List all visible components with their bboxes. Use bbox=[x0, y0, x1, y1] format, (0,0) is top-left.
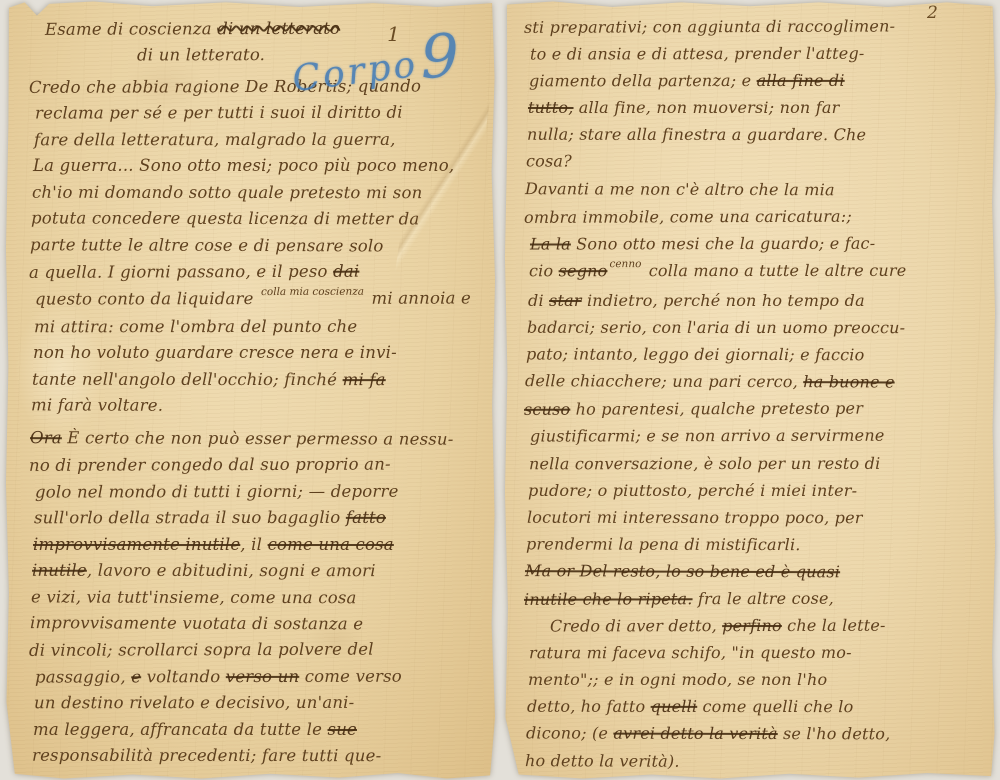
manuscript-line: golo nel mondo di tutti i giorni; — depo… bbox=[35, 478, 492, 506]
manuscript-line: Credo di aver detto, perfino che la lett… bbox=[550, 612, 990, 640]
manuscript-text: , lavoro e abitudini, sogni e amori bbox=[87, 561, 376, 580]
manuscript-text: fare della letteratura, malgrado la guer… bbox=[34, 130, 396, 149]
manuscript-line: tante nell'angolo dell'occhio; finché mi… bbox=[32, 367, 492, 394]
manuscript-text: di vincoli; scrollarci sopra la polvere … bbox=[29, 640, 374, 660]
manuscript-line: di vincoli; scrollarci sopra la polvere … bbox=[29, 637, 492, 665]
manuscript-line: ma leggera, affrancata da tutte le sue bbox=[33, 717, 492, 743]
manuscript-text: come verso bbox=[299, 667, 402, 686]
manuscript-line: mi farà voltare. bbox=[31, 393, 492, 421]
manuscript-text: colla mano a tutte le altre cure bbox=[643, 261, 906, 280]
manuscript-line: cio segnocenno colla mano a tutte le alt… bbox=[529, 257, 990, 288]
manuscript-line: locutori mi interessano troppo poco, per bbox=[527, 503, 990, 531]
inserted-text: cenno bbox=[609, 251, 641, 278]
struck-text: alla fine di bbox=[757, 71, 845, 90]
manuscript-text: ch'io mi domando sotto quale pretesto mi… bbox=[32, 182, 422, 201]
manuscript-line: ch'io mi domando sotto quale pretesto mi… bbox=[32, 179, 492, 206]
manuscript-line: sull'orlo della strada il suo bagaglio f… bbox=[34, 505, 492, 532]
manuscript-line: mi attira: come l'ombra del punto che bbox=[34, 314, 492, 341]
manuscript-text: badarci; serio, con l'aria di un uomo pr… bbox=[527, 318, 905, 337]
manuscript-text: mi farà voltare. bbox=[31, 396, 163, 415]
struck-text: mi fa bbox=[343, 370, 386, 389]
manuscript-text: to e di ansia e di attesa, prender l'att… bbox=[530, 44, 865, 64]
manuscript-text: sti preparativi; con aggiunta di raccogl… bbox=[524, 16, 895, 36]
manuscript-line: prendermi la pena di mistificarli. bbox=[526, 530, 990, 558]
inserted-text: colla mia coscienza bbox=[261, 278, 364, 305]
manuscript-page-1: 1 Corpo9 Esame di coscienza di un letter… bbox=[5, 0, 496, 780]
manuscript-text: questo conto da liquidare bbox=[35, 289, 259, 309]
manuscript-line: non ho voluto guardare cresce nera e inv… bbox=[33, 340, 492, 366]
manuscript-line: delle chiacchere; una pari cerco, ha buo… bbox=[525, 367, 990, 396]
manuscript-text: nella conversazione, è solo per un resto… bbox=[529, 453, 880, 472]
manuscript-text: locutori mi interessano troppo poco, per bbox=[527, 507, 863, 526]
manuscript-line: questo conto da liquidare colla mia cosc… bbox=[35, 285, 492, 315]
manuscript-line: pato; intanto, leggo dei giornali; e fac… bbox=[526, 341, 990, 369]
manuscript-text: non ho voluto guardare cresce nera e inv… bbox=[33, 343, 397, 362]
manuscript-text: ratura mi faceva schifo, "in questo mo- bbox=[529, 643, 852, 662]
manuscript-text: Credo di aver detto, bbox=[550, 616, 722, 635]
manuscript-text: Davanti a me non c'è altro che la mia bbox=[525, 179, 835, 199]
manuscript-text: giamento della partenza; e bbox=[529, 71, 757, 90]
manuscript-line: inutile, lavoro e abitudini, sogni e amo… bbox=[32, 558, 492, 585]
page-2-text: sti preparativi; con aggiunta di raccogl… bbox=[504, 0, 996, 775]
manuscript-text: mi annoia e bbox=[366, 288, 471, 307]
manuscript-text: , il bbox=[240, 535, 267, 554]
manuscript-line: mento";; e in ogni modo, se non l'ho bbox=[528, 666, 990, 693]
manuscript-text: se l'ho detto, bbox=[778, 724, 891, 743]
manuscript-text: alla fine, non muoversi; non far bbox=[574, 98, 840, 117]
manuscript-text: ombra immobile, come una caricatura:; bbox=[524, 206, 852, 226]
struck-text: scuso bbox=[524, 400, 570, 419]
manuscript-line: ombra immobile, come una caricatura:; bbox=[524, 202, 990, 231]
manuscript-text: indietro, perché non ho tempo da bbox=[582, 291, 865, 310]
manuscript-text: fra le altre cose, bbox=[693, 589, 834, 609]
manuscript-text: e vizi, via tutt'insieme, come una cosa bbox=[31, 587, 357, 607]
page-1-wrapper: 1 Corpo9 Esame di coscienza di un letter… bbox=[5, 0, 496, 780]
manuscript-line: un destino rivelato e decisivo, un'ani- bbox=[34, 690, 492, 717]
manuscript-text: un destino rivelato e decisivo, un'ani- bbox=[34, 693, 354, 712]
struck-text: perfino bbox=[722, 616, 782, 635]
manuscript-line: nulla; stare alla finestra a guardare. C… bbox=[527, 121, 990, 149]
manuscript-text: ho detto la verità). bbox=[525, 751, 680, 771]
struck-text: Ma or Del resto, lo so bene ed è quasi bbox=[525, 561, 840, 581]
manuscript-line: reclama per sé e per tutti i suoi il dir… bbox=[35, 100, 492, 128]
manuscript-text: dicono; (e bbox=[526, 724, 613, 743]
manuscript-text: reclama per sé e per tutti i suoi il dir… bbox=[35, 103, 403, 123]
manuscript-line: detto, ho fatto quelli come quelli che l… bbox=[527, 693, 990, 721]
manuscript-text: no di prender congedo dal suo proprio an… bbox=[29, 455, 391, 475]
manuscript-text: ho parentesi, qualche pretesto per bbox=[570, 399, 863, 419]
struck-text: quelli bbox=[651, 697, 698, 716]
manuscript-text: che la lette- bbox=[782, 616, 886, 635]
blue-annotation-word: Corpo bbox=[290, 44, 420, 100]
struck-text: Ora bbox=[30, 428, 62, 447]
manuscript-text: sull'orlo della strada il suo bagaglio bbox=[34, 508, 346, 527]
struck-text: star bbox=[549, 291, 582, 310]
manuscript-text: mento";; e in ogni modo, se non l'ho bbox=[528, 670, 827, 689]
manuscript-line: dicono; (e avrei detto la verità se l'ho… bbox=[526, 720, 990, 748]
manuscript-text: di un letterato. bbox=[137, 46, 265, 65]
manuscript-text: voltando bbox=[141, 667, 226, 686]
page-2-wrapper: 2 sti preparativi; con aggiunta di racco… bbox=[504, 0, 996, 780]
manuscript-line: badarci; serio, con l'aria di un uomo pr… bbox=[527, 314, 990, 342]
manuscript-text: pato; intanto, leggo dei giornali; e fac… bbox=[526, 345, 864, 365]
manuscript-line: to e di ansia e di attesa, prender l'att… bbox=[530, 40, 990, 68]
manuscript-text: cio bbox=[529, 261, 559, 280]
manuscript-text: golo nel mondo di tutti i giorni; — depo… bbox=[35, 481, 399, 501]
manuscript-line: improvvisamente vuotata di sostanza e bbox=[30, 610, 492, 638]
manuscript-line: La la Sono otto mesi che la guardo; e fa… bbox=[530, 229, 990, 257]
struck-text: avrei detto la verità bbox=[613, 724, 777, 743]
struck-text: verso un bbox=[226, 667, 300, 686]
manuscript-text: parte tutte le altre cose e di pensare s… bbox=[30, 235, 384, 255]
manuscript-text: di bbox=[528, 291, 549, 310]
manuscript-text: cosa? bbox=[526, 152, 572, 171]
struck-text: come una cosa bbox=[268, 535, 394, 554]
manuscript-line: nella conversazione, è solo per un resto… bbox=[529, 449, 990, 477]
manuscript-line: passaggio, e voltando verso un come vers… bbox=[35, 663, 492, 691]
manuscript-text: improvvisamente vuotata di sostanza e bbox=[30, 613, 363, 633]
manuscript-text: La guerra... Sono otto mesi; poco più po… bbox=[33, 156, 454, 175]
manuscript-text: delle chiacchere; una pari cerco, bbox=[525, 371, 803, 391]
manuscript-text: tante nell'angolo dell'occhio; finché bbox=[32, 370, 343, 389]
manuscript-line: ratura mi faceva schifo, "in questo mo- bbox=[529, 639, 990, 667]
manuscript-line: cosa? bbox=[526, 148, 990, 176]
manuscript-line: Ma or Del resto, lo so bene ed è quasi bbox=[525, 557, 990, 586]
manuscript-line: giustificarmi; e se non arrivo a servirm… bbox=[530, 422, 990, 450]
page-number-2: 2 bbox=[927, 3, 938, 23]
struck-text: ha buone e bbox=[803, 372, 895, 391]
manuscript-line: pudore; o piuttosto, perché i miei inter… bbox=[528, 477, 990, 504]
manuscript-text: come quelli che lo bbox=[697, 697, 853, 716]
manuscript-line: fare della letteratura, malgrado la guer… bbox=[34, 127, 492, 154]
manuscript-text: nulla; stare alla finestra a guardare. C… bbox=[527, 125, 866, 144]
manuscript-line: potuta concedere questa licenza di mette… bbox=[31, 206, 492, 234]
struck-text: La la bbox=[530, 234, 571, 253]
manuscript-text: responsabilità precedenti; fare tutti qu… bbox=[32, 746, 381, 765]
manuscript-text: ma leggera, affrancata da tutte le bbox=[33, 720, 328, 739]
manuscript-line: improvvisamente inutile, il come una cos… bbox=[33, 532, 492, 558]
struck-text: inutile bbox=[32, 561, 87, 580]
manuscript-page-2: 2 sti preparativi; con aggiunta di racco… bbox=[504, 0, 996, 780]
manuscript-text: detto, ho fatto bbox=[527, 697, 651, 716]
manuscript-text: prendermi la pena di mistificarli. bbox=[526, 534, 801, 554]
manuscript-line: ho detto la verità). bbox=[525, 747, 990, 776]
struck-text: inutile che lo ripeta. bbox=[524, 589, 693, 609]
struck-text: tutto, bbox=[528, 98, 574, 117]
manuscript-line: sti preparativi; con aggiunta di raccogl… bbox=[524, 12, 990, 41]
struck-text: segno bbox=[559, 261, 608, 280]
manuscript-line: tutto, alla fine, non muoversi; non far bbox=[528, 94, 990, 121]
manuscript-text: Esame di coscienza bbox=[45, 19, 217, 39]
manuscript-line: Davanti a me non c'è altro che la mia bbox=[525, 175, 990, 204]
manuscript-line: e vizi, via tutt'insieme, come una cosa bbox=[31, 584, 492, 612]
manuscript-line: di star indietro, perché non ho tempo da bbox=[528, 287, 990, 314]
manuscript-line: La guerra... Sono otto mesi; poco più po… bbox=[33, 153, 492, 179]
manuscript-scan: 1 Corpo9 Esame di coscienza di un letter… bbox=[0, 0, 1000, 780]
struck-text: fatto bbox=[346, 508, 386, 527]
struck-text: sue bbox=[328, 720, 357, 739]
manuscript-line: inutile che lo ripeta. fra le altre cose… bbox=[524, 584, 990, 613]
manuscript-line: scuso ho parentesi, qualche pretesto per bbox=[524, 394, 990, 423]
manuscript-line: no di prender congedo dal suo proprio an… bbox=[29, 451, 492, 479]
manuscript-line: giamento della partenza; e alla fine di bbox=[529, 67, 990, 95]
manuscript-line: Ora È certo che non può esser permesso a… bbox=[30, 425, 492, 453]
manuscript-text: passaggio, bbox=[35, 667, 131, 686]
manuscript-text: potuta concedere questa licenza di mette… bbox=[31, 209, 419, 229]
struck-text: improvvisamente inutile bbox=[33, 535, 240, 554]
page-1-text: Credo che abbia ragione De Robertis; qua… bbox=[5, 69, 496, 770]
struck-text: e bbox=[131, 667, 141, 686]
blue-annotation-number: 9 bbox=[420, 21, 461, 92]
manuscript-text: mi attira: come l'ombra del punto che bbox=[34, 317, 357, 336]
manuscript-text: giustificarmi; e se non arrivo a servirm… bbox=[530, 426, 885, 446]
manuscript-text: È certo che non può esser permesso a nes… bbox=[62, 428, 454, 448]
manuscript-text: pudore; o piuttosto, perché i miei inter… bbox=[528, 481, 857, 500]
manuscript-line: parte tutte le altre cose e di pensare s… bbox=[30, 232, 492, 260]
manuscript-line: responsabilità precedenti; fare tutti qu… bbox=[32, 743, 492, 770]
